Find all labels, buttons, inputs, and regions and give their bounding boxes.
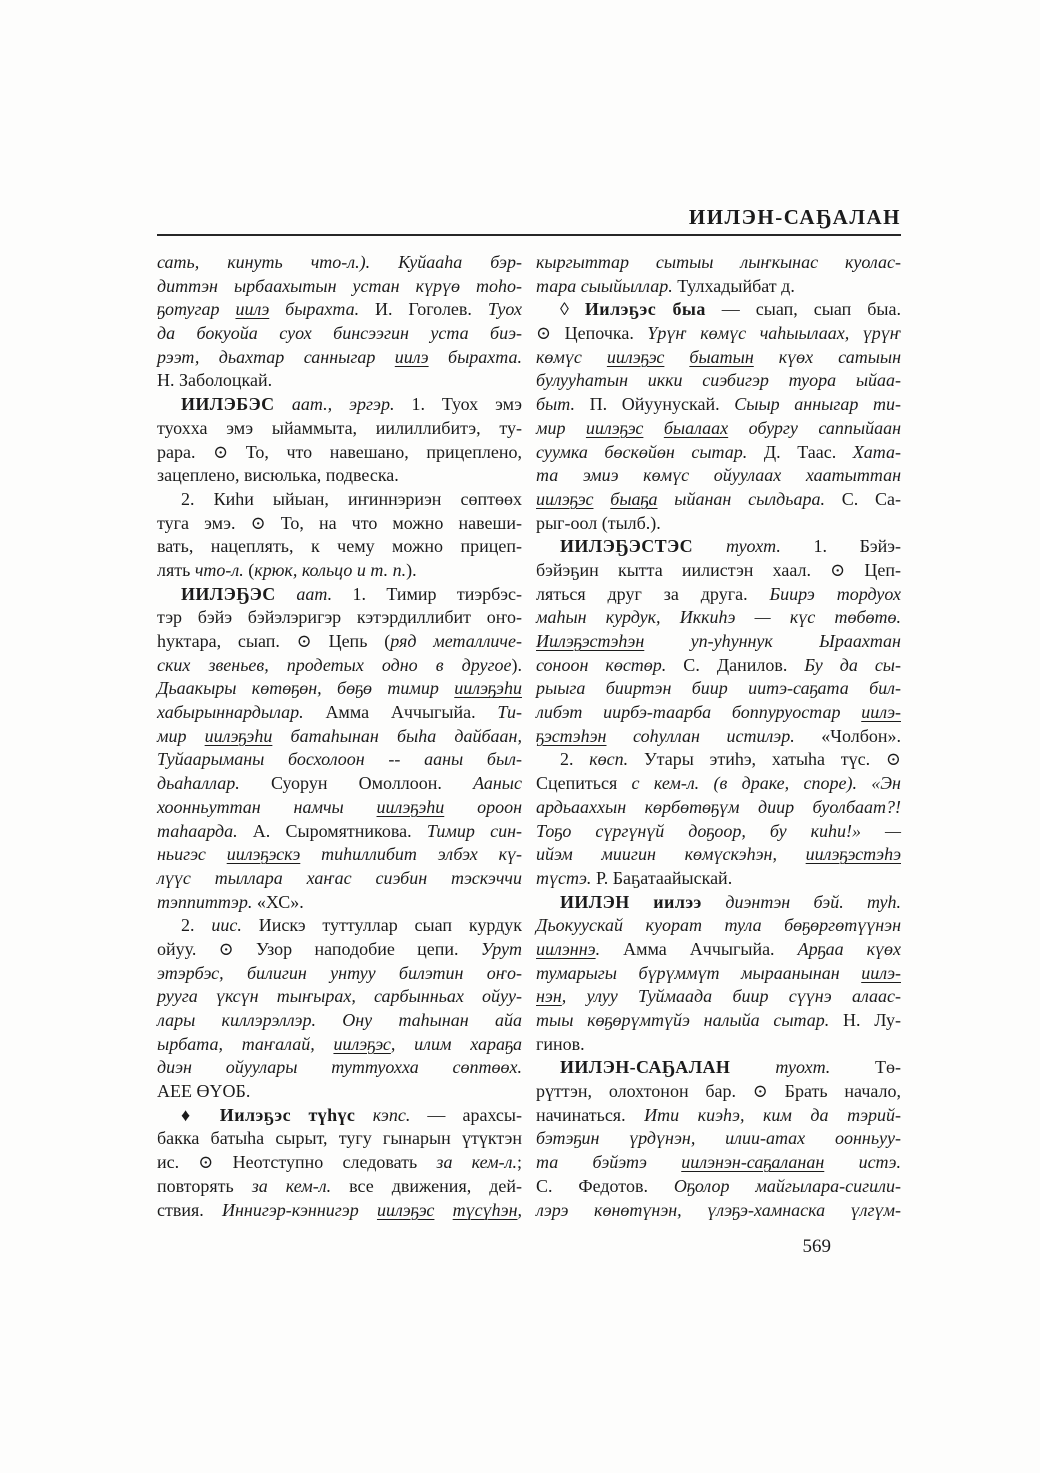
text-segment: Дьокуускай куорат тула бөҕөргөтүүнэн xyxy=(536,915,901,935)
text-segment: рара. ⊙ То, что навешано, прицеплено, xyxy=(157,442,522,462)
header-rule xyxy=(157,234,901,236)
text-segment: тыы көҕөрүмтүйэ налыйа сытар. xyxy=(536,1010,829,1030)
headword: ИИЛЭҔЭС xyxy=(181,584,296,604)
text-line: туохха эмэ ыйаммыта, иилиллибитэ, ту- xyxy=(157,417,522,441)
text-segment: иилэ xyxy=(395,347,429,367)
dictionary-page: ИИЛЭН-САҔАЛАН сать, кинуть что-л.). Куйа… xyxy=(0,0,1040,1473)
text-line: Дьаакыры көтөҕөн, бөҕө тимир иилэҕэһи xyxy=(157,677,522,701)
text-segment: начинаться. xyxy=(536,1105,644,1125)
text-segment: — арахсы- xyxy=(410,1105,522,1125)
text-segment: туга эмэ. ⊙ То, на что можно навеши- xyxy=(157,513,522,533)
text-segment: диттэн ырбаахытын устан күрүө тоһо- xyxy=(157,276,522,296)
text-line: ◊ Иилэҕэс быа — сыап, сыап быа. xyxy=(536,298,901,322)
text-line: ойуу. ⊙ Узор наподобие цепи. Урут xyxy=(157,938,522,962)
text-line: диэн ойуулары туттуохха сөптөөх. xyxy=(157,1056,522,1080)
text-segment: Туйаарыманы босхолоон -- ааны был- xyxy=(157,749,522,769)
text-segment: ◊ xyxy=(560,299,585,319)
text-segment: Ааныс xyxy=(473,773,522,793)
text-line: ИИЛЭҔЭС аат. 1. Тимир тиэрбэс- xyxy=(157,583,522,607)
text-segment: диэн ойуулары туттуохха сөптөөх. xyxy=(157,1057,522,1077)
text-segment: бакка батыһа сырыт, тугу гынарын үтүктэн xyxy=(157,1128,522,1148)
text-segment: һуктара, сыап. ⊙ Цепь ( xyxy=(157,631,390,651)
text-segment: 2. xyxy=(181,915,211,935)
text-segment: рыг-оол (тылб.). xyxy=(536,513,661,533)
text-line: рээт, дьахтар санныгар иилэ бырахта. xyxy=(157,346,522,370)
text-line: ИИЛЭН-САҔАЛАН туохт. Тө- xyxy=(536,1056,901,1080)
text-segment: түсүһэн xyxy=(453,1200,518,1220)
text-line: таһаарда. А. Сыромятникова. Тимир син- xyxy=(157,820,522,844)
text-line: түстэ. Р. Баҕатаайыскай. xyxy=(536,867,901,891)
text-line: рүттэн, олохтонон бар. ⊙ Брать начало, xyxy=(536,1080,901,1104)
text-line: тэппиттэр. «ХС». xyxy=(157,891,522,915)
text-segment: тэр бэйэ бэйэлэригэр кэтэрдиллибит оҥо- xyxy=(157,607,522,627)
text-segment: Дьаакыры көтөҕөн, бөҕө тимир xyxy=(157,678,454,698)
text-segment: иилэҕэһи xyxy=(205,726,273,746)
text-line: этэрбэс, билигин унтуу билэтин оҥо- xyxy=(157,962,522,986)
text-line: бэйэҕин кытта иилистэн хаал. ⊙ Цеп- xyxy=(536,559,901,583)
text-segment: АЕЕ ӨҮОБ. xyxy=(157,1081,250,1101)
text-segment: иилэ- xyxy=(861,702,901,722)
text-segment: Сцепиться xyxy=(536,773,632,793)
text-segment: Сыыр анныгар ти- xyxy=(734,394,901,414)
text-segment: батаһынан быһа дайбаан, xyxy=(272,726,522,746)
text-segment: соноон көстөр. xyxy=(536,655,666,675)
text-segment: иис. xyxy=(211,915,242,935)
text-segment: Тө- xyxy=(830,1057,901,1077)
text-segment: П. Ойуунускай. xyxy=(575,394,734,414)
text-segment: рээт, дьахтар санныгар xyxy=(157,347,395,367)
text-segment: туохт. xyxy=(775,1057,830,1077)
text-line: 2. көсп. Утары этиһэ, хатыһа түс. ⊙ xyxy=(536,748,901,772)
text-segment: иилэҕэс xyxy=(536,489,593,509)
text-segment: ; xyxy=(517,1152,522,1172)
text-line: 2. иис. Иискэ туттуллар сыап курдук xyxy=(157,914,522,938)
text-line: мир иилэҕэһи батаһынан быһа дайбаан, xyxy=(157,725,522,749)
text-line: ардьааххын көрбөтөҕүм диир буолбаат?! xyxy=(536,796,901,820)
headword: ИИЛЭН-САҔАЛАН xyxy=(560,1057,775,1077)
text-segment: А. Сыромятникова. xyxy=(238,821,427,841)
text-segment: Оҕолор майгылара-сигили- xyxy=(674,1176,901,1196)
text-segment: Урут xyxy=(481,939,522,959)
text-segment: Тоҕо сүргүнүй доҕоор, бу киһи!» — xyxy=(536,821,901,841)
text-segment: тиһиллибит элбэх кү- xyxy=(300,844,522,864)
text-line: лять что-л. (крюк, кольцо и т. п.). xyxy=(157,559,522,583)
text-line: вать, нацеплять, к чему можно прицеп- xyxy=(157,535,522,559)
text-segment: повторять xyxy=(157,1176,252,1196)
text-segment: Н. Лу- xyxy=(829,1010,901,1030)
text-segment: бырахта. xyxy=(429,347,522,367)
text-line: тумарыгы бүрүммүт мыраанынан иилэ- xyxy=(536,962,901,986)
text-segment: та бэйэтэ xyxy=(536,1152,681,1172)
text-segment: Хата- xyxy=(853,442,901,462)
text-segment: мир xyxy=(157,726,205,746)
text-segment: ырбата, таҥалай, xyxy=(157,1034,333,1054)
text-segment xyxy=(434,1200,452,1220)
text-line: Туйаарыманы босхолоон -- ааны был- xyxy=(157,748,522,772)
text-segment: нэн xyxy=(536,986,562,1006)
text-segment: Үрүҥ көмүс чаһыылаах, үрүҥ xyxy=(647,323,901,343)
text-segment: что-л. xyxy=(195,560,244,580)
text-segment: хабырыннардылар. xyxy=(157,702,304,722)
text-segment: быаҕа xyxy=(610,489,657,509)
text-line: суумка бөскөйөн сытар. Д. Таас. Хата- xyxy=(536,441,901,465)
text-line: нэн, улуу Туймаада биир сүүнэ алаас- xyxy=(536,985,901,1009)
text-segment: да бокуойа суох бинсээгин уста биэ- xyxy=(157,323,522,343)
text-segment: Биирэ тордуох xyxy=(770,584,902,604)
text-segment: рыыга бииртэн биир иитэ-саҕата бил- xyxy=(536,678,901,698)
text-line: сать, кинуть что-л.). Куйааһа бэр- xyxy=(157,251,522,275)
headword: ИИЛЭҔЭСТЭС xyxy=(560,536,726,556)
text-line: лэрэ көнөтүнэн, үлэҕэ-хамнаска үлгүм- xyxy=(536,1199,901,1223)
text-segment: крюк, кольцо и т. п. xyxy=(254,560,406,580)
text-line: Дьокуускай куорат тула бөҕөргөтүүнэн xyxy=(536,914,901,938)
text-line: иилэннэ. Амма Аччыгыйа. Арҕаа күөх xyxy=(536,938,901,962)
text-line: та эмиэ көмүс ойуулаах хаатыттан xyxy=(536,464,901,488)
text-segment xyxy=(593,489,610,509)
text-line: туга эмэ. ⊙ То, на что можно навеши- xyxy=(157,512,522,536)
text-segment: Тулхадыйбат д. xyxy=(673,276,795,296)
text-columns: сать, кинуть что-л.). Куйааһа бэр-диттэн… xyxy=(157,251,901,1222)
text-segment: ардьааххын көрбөтөҕүм диир буолбаат?! xyxy=(536,797,901,817)
text-segment: күөх сатыын xyxy=(754,347,901,367)
text-line: ствия. Иннигэр-кэннигэр иилэҕэс түсүһэн, xyxy=(157,1199,522,1223)
text-line: Сцепиться с кем-л. (в драке, споре). «Эн xyxy=(536,772,901,796)
text-segment: бэтэҕин үрдүнэн, илии-атах оонньуу- xyxy=(536,1128,901,1148)
text-segment: дьаһаллар. xyxy=(157,773,240,793)
text-segment: туохт. xyxy=(726,536,781,556)
text-line: Н. Заболоцкай. xyxy=(157,369,522,393)
text-segment: ороон xyxy=(444,797,522,817)
text-segment: гинов. xyxy=(536,1034,585,1054)
text-line: гинов. xyxy=(536,1033,901,1057)
text-line: иилэҕэс быаҕа ыйанан сылдьара. С. Са- xyxy=(536,488,901,512)
text-line: тыы көҕөрүмтүйэ налыйа сытар. Н. Лу- xyxy=(536,1009,901,1033)
text-segment: , xyxy=(518,1200,523,1220)
text-segment: аат. xyxy=(296,584,332,604)
text-segment: Иискэ туттуллар сыап курдук xyxy=(242,915,522,935)
text-segment: Иннигэр-кэннигэр xyxy=(222,1200,377,1220)
text-segment: либэт иирбэ-таарба боппуруостар xyxy=(536,702,861,722)
text-segment: все движения, дей- xyxy=(331,1176,522,1196)
text-segment: булууһатын икки сиэбигэр туора ыйаа- xyxy=(536,370,901,390)
running-head-title: ИИЛЭН-САҔАЛАН xyxy=(689,205,901,229)
text-segment: за кем-л. xyxy=(436,1152,517,1172)
text-line: тэр бэйэ бэйэлэригэр кэтэрдиллибит оҥо- xyxy=(157,606,522,630)
text-line: һуктара, сыап. ⊙ Цепь (ряд металличе- xyxy=(157,630,522,654)
text-segment: лүүс тыллара хаҥас сиэбин тэскэччи xyxy=(157,868,522,888)
text-line: ИИЛЭҔЭСТЭС туохт. 1. Бэйэ- xyxy=(536,535,901,559)
text-segment: Суорун Омоллоон. xyxy=(240,773,473,793)
text-line: кыргыттар сытыы лыҥкынас куолас- xyxy=(536,251,901,275)
text-segment: ствия. xyxy=(157,1200,222,1220)
text-segment: обургу саппыйаан xyxy=(728,418,901,438)
text-segment: соһуллан истилэр. xyxy=(607,726,795,746)
text-segment: мир xyxy=(536,418,586,438)
text-line: ньигэс иилэҕэскэ тиһиллибит элбэх кү- xyxy=(157,843,522,867)
text-segment: Утары этиһэ, хатыһа түс. ⊙ xyxy=(628,749,901,769)
text-segment xyxy=(664,347,689,367)
text-line: Иилэҕэстэһэн уп-уһуннук Ыраахтан xyxy=(536,630,901,654)
text-segment: ). xyxy=(406,560,417,580)
text-line: маһын курдук, Иккиһэ — күс төбөтө. xyxy=(536,606,901,630)
text-segment: таһаарда. xyxy=(157,821,238,841)
text-segment: с кем-л. (в драке, споре). «Эн xyxy=(632,773,901,793)
text-segment: ♦ xyxy=(181,1105,220,1125)
text-segment: уп-уһуннук Ыраахтан xyxy=(644,631,901,651)
text-segment: бэйэҕин кытта иилистэн хаал. ⊙ Цеп- xyxy=(536,560,901,580)
text-segment: лары киллэрэллэр. Ону таһынан айа xyxy=(157,1010,522,1030)
text-segment: ойуу. ⊙ Узор наподобие цепи. xyxy=(157,939,481,959)
text-segment: ряд металличе- xyxy=(390,631,522,651)
text-segment: диэнтэн бэй. туһ. xyxy=(725,892,901,912)
text-segment: , илим хараҕа xyxy=(391,1034,522,1054)
text-segment: этэрбэс, билигин унтуу билэтин оҥо- xyxy=(157,963,522,983)
text-segment: Амма Аччыгыйа. xyxy=(600,939,797,959)
text-column-right: кыргыттар сытыы лыҥкынас куолас-тара сыы… xyxy=(536,251,901,1222)
text-segment: истэ. xyxy=(824,1152,901,1172)
text-segment: ских звеньев, продетых одно в другое xyxy=(157,655,512,675)
text-segment: тэппиттэр. xyxy=(157,892,252,912)
text-segment: тумарыгы бүрүммүт мыраанынан xyxy=(536,963,861,983)
headword: Иилэҕэс быа xyxy=(585,299,706,319)
text-segment: иилэҕэс xyxy=(586,418,643,438)
text-segment: ). xyxy=(512,655,523,675)
text-segment: Туох xyxy=(488,299,522,319)
text-segment: рууга үксүн тыҥырах, сарбынньах ойуу- xyxy=(157,986,522,1006)
text-segment: кэпс. xyxy=(373,1105,411,1125)
text-line: диттэн ырбаахытын устан күрүө тоһо- xyxy=(157,275,522,299)
headword: ИИЛЭБЭС xyxy=(181,394,292,414)
text-segment: көмүс xyxy=(536,347,607,367)
text-segment: Тимир син- xyxy=(427,821,522,841)
text-segment: тара сыыйыллар. xyxy=(536,276,673,296)
text-segment: Арҕаа күөх xyxy=(798,939,901,959)
text-segment: иилэҕэс xyxy=(607,347,664,367)
text-segment: ыйанан сылдьара. xyxy=(658,489,825,509)
headword: ИИЛЭН иилээ xyxy=(560,892,725,912)
text-line: соноон көстөр. С. Данилов. Бу да сы- xyxy=(536,654,901,678)
text-segment: ( xyxy=(244,560,255,580)
text-segment: суумка бөскөйөн сытар. xyxy=(536,442,747,462)
text-line: бэтэҕин үрдүнэн, илии-атах оонньуу- xyxy=(536,1127,901,1151)
headword: Иилэҕэс түһүс xyxy=(220,1105,373,1125)
text-line: дьаһаллар. Суорун Омоллоон. Ааныс xyxy=(157,772,522,796)
text-line: рыг-оол (тылб.). xyxy=(536,512,901,536)
text-segment: быатын xyxy=(689,347,753,367)
text-segment: ⊙ Цепочка. xyxy=(536,323,647,343)
text-line: начинаться. Ити киэһэ, ким да тэрий- xyxy=(536,1104,901,1128)
text-segment xyxy=(643,418,663,438)
text-segment: Амма Аччыгыйа. xyxy=(304,702,498,722)
text-segment: — сыап, сыап быа. xyxy=(706,299,901,319)
text-segment: лэрэ көнөтүнэн, үлэҕэ-хамнаска үлгүм- xyxy=(536,1200,901,1220)
text-segment: иилэ xyxy=(235,299,269,319)
text-line: хоонньуттан намчы иилэҕэһи ороон xyxy=(157,796,522,820)
text-line: бакка батыһа сырыт, тугу гынарын үтүктэн xyxy=(157,1127,522,1151)
text-segment: Р. Баҕатаайыскай. xyxy=(591,868,732,888)
text-line: ис. ⊙ Неотступно следовать за кем-л.; xyxy=(157,1151,522,1175)
text-line: Тоҕо сүргүнүй доҕоор, бу киһи!» — xyxy=(536,820,901,844)
text-segment: С. Данилов. xyxy=(666,655,804,675)
text-line: лүүс тыллара хаҥас сиэбин тэскэччи xyxy=(157,867,522,891)
text-line: көмүс иилэҕэс быатын күөх сатыын xyxy=(536,346,901,370)
text-line: ♦ Иилэҕэс түһүс кэпс. — арахсы- xyxy=(157,1104,522,1128)
text-line: рыыга бииртэн биир иитэ-саҕата бил- xyxy=(536,677,901,701)
text-segment: иилэҕэс xyxy=(377,1200,434,1220)
text-segment: С. Са- xyxy=(825,489,901,509)
text-segment: бырахта. xyxy=(269,299,359,319)
text-segment: Ти- xyxy=(497,702,522,722)
text-segment: кыргыттар сытыы лыҥкынас куолас- xyxy=(536,252,901,272)
text-line: ийэм миигин көмүскэһэн, иилэҕэстэһэ xyxy=(536,843,901,867)
text-segment: «Чолбон». xyxy=(795,726,901,746)
text-line: С. Федотов. Оҕолор майгылара-сигили- xyxy=(536,1175,901,1199)
text-column-left: сать, кинуть что-л.). Куйааһа бэр-диттэн… xyxy=(157,251,522,1222)
text-line: ⊙ Цепочка. Үрүҥ көмүс чаһыылаах, үрүҥ xyxy=(536,322,901,346)
text-segment: хоонньуттан намчы xyxy=(157,797,377,817)
text-segment: И. Гоголев. xyxy=(359,299,488,319)
text-segment: , улуу Туймаада биир сүүнэ алаас- xyxy=(562,986,901,1006)
text-segment: Д. Таас. xyxy=(747,442,853,462)
text-segment: Ити киэһэ, ким да тэрий- xyxy=(644,1105,901,1125)
text-segment: ис. ⊙ Неотступно следовать xyxy=(157,1152,436,1172)
text-line: булууһатын икки сиэбигэр туора ыйаа- xyxy=(536,369,901,393)
text-segment: иилэҕэскэ xyxy=(227,844,301,864)
text-segment: 1. Бэйэ- xyxy=(781,536,901,556)
text-segment: Н. Заболоцкай. xyxy=(157,370,272,390)
text-segment: С. Федотов. xyxy=(536,1176,674,1196)
text-line: быт. П. Ойуунускай. Сыыр анныгар ти- xyxy=(536,393,901,417)
text-segment: лять xyxy=(157,560,195,580)
text-line: ырбата, таҥалай, иилэҕэс, илим хараҕа xyxy=(157,1033,522,1057)
text-segment: быт. xyxy=(536,394,575,414)
text-line: мир иилэҕэс быалаах обургу саппыйаан xyxy=(536,417,901,441)
page-content: ИИЛЭН-САҔАЛАН сать, кинуть что-л.). Куйа… xyxy=(157,205,901,1258)
text-line: да бокуойа суох бинсээгин уста биэ- xyxy=(157,322,522,346)
text-segment: вать, нацеплять, к чему можно прицеп- xyxy=(157,536,522,556)
text-line: зацеплено, висюлька, подвеска. xyxy=(157,464,522,488)
text-segment: зацеплено, висюлька, подвеска. xyxy=(157,465,399,485)
text-line: АЕЕ ӨҮОБ. xyxy=(157,1080,522,1104)
text-segment: сать, кинуть что-л.). Куйааһа бэр- xyxy=(157,252,522,272)
text-segment: ляться друг за друга. xyxy=(536,584,770,604)
text-line: рууга үксүн тыҥырах, сарбынньах ойуу- xyxy=(157,985,522,1009)
text-segment: рүттэн, олохтонон бар. ⊙ Брать начало, xyxy=(536,1081,901,1101)
text-segment: 2. Киһи ыйыан, иҥиннэриэн сөптөөх xyxy=(181,489,522,509)
text-line: хабырыннардылар. Амма Аччыгыйа. Ти- xyxy=(157,701,522,725)
text-segment: та эмиэ көмүс ойуулаах хаатыттан xyxy=(536,465,901,485)
text-segment: иилэҕэһи xyxy=(377,797,445,817)
text-segment: туохха эмэ ыйаммыта, иилиллибитэ, ту- xyxy=(157,418,522,438)
text-segment: көсп. xyxy=(589,749,628,769)
text-line: ляться друг за друга. Биирэ тордуох xyxy=(536,583,901,607)
text-segment: түстэ. xyxy=(536,868,591,888)
text-segment: 1. Тимир тиэрбэс- xyxy=(332,584,522,604)
text-segment: иилэннэ xyxy=(536,939,596,959)
text-segment: «ХС». xyxy=(252,892,303,912)
text-segment: маһын курдук, Иккиһэ — күс төбөтө. xyxy=(536,607,901,627)
text-line: ҕэстэһэн соһуллан истилэр. «Чолбон». xyxy=(536,725,901,749)
text-segment: аат., эргэр. xyxy=(292,394,395,414)
text-segment: иилэҕэһи xyxy=(454,678,522,698)
text-segment: ньигэс xyxy=(157,844,227,864)
text-segment: быалаах xyxy=(664,418,728,438)
running-head: ИИЛЭН-САҔАЛАН xyxy=(157,205,901,229)
text-segment: Иилэҕэстэһэн xyxy=(536,631,644,651)
text-segment: 1. Туох эмэ xyxy=(395,394,523,414)
text-line: ских звеньев, продетых одно в другое). xyxy=(157,654,522,678)
text-line: ИИЛЭН иилээ диэнтэн бэй. туһ. xyxy=(536,891,901,915)
text-segment: за кем-л. xyxy=(252,1176,331,1196)
text-segment: иилэҕэстэһэ xyxy=(806,844,901,864)
text-segment: иилэ- xyxy=(861,963,901,983)
text-segment: ҕотугар xyxy=(157,299,235,319)
text-segment: ийэм миигин көмүскэһэн, xyxy=(536,844,806,864)
text-line: лары киллэрэллэр. Ону таһынан айа xyxy=(157,1009,522,1033)
text-line: либэт иирбэ-таарба боппуруостар иилэ- xyxy=(536,701,901,725)
text-line: рара. ⊙ То, что навешано, прицеплено, xyxy=(157,441,522,465)
text-line: ИИЛЭБЭС аат., эргэр. 1. Туох эмэ xyxy=(157,393,522,417)
text-segment: ҕэстэһэн xyxy=(536,726,607,746)
text-segment: иилэнэн-саҕаланан xyxy=(681,1152,824,1172)
text-line: та бэйэтэ иилэнэн-саҕаланан истэ. xyxy=(536,1151,901,1175)
text-segment: Бу да сы- xyxy=(804,655,901,675)
text-line: 2. Киһи ыйыан, иҥиннэриэн сөптөөх xyxy=(157,488,522,512)
text-segment: 2. xyxy=(560,749,589,769)
text-line: тара сыыйыллар. Тулхадыйбат д. xyxy=(536,275,901,299)
text-line: повторять за кем-л. все движения, дей- xyxy=(157,1175,522,1199)
page-number: 569 xyxy=(157,1236,901,1258)
text-line: ҕотугар иилэ бырахта. И. Гоголев. Туох xyxy=(157,298,522,322)
text-segment: иилэҕэс xyxy=(333,1034,390,1054)
